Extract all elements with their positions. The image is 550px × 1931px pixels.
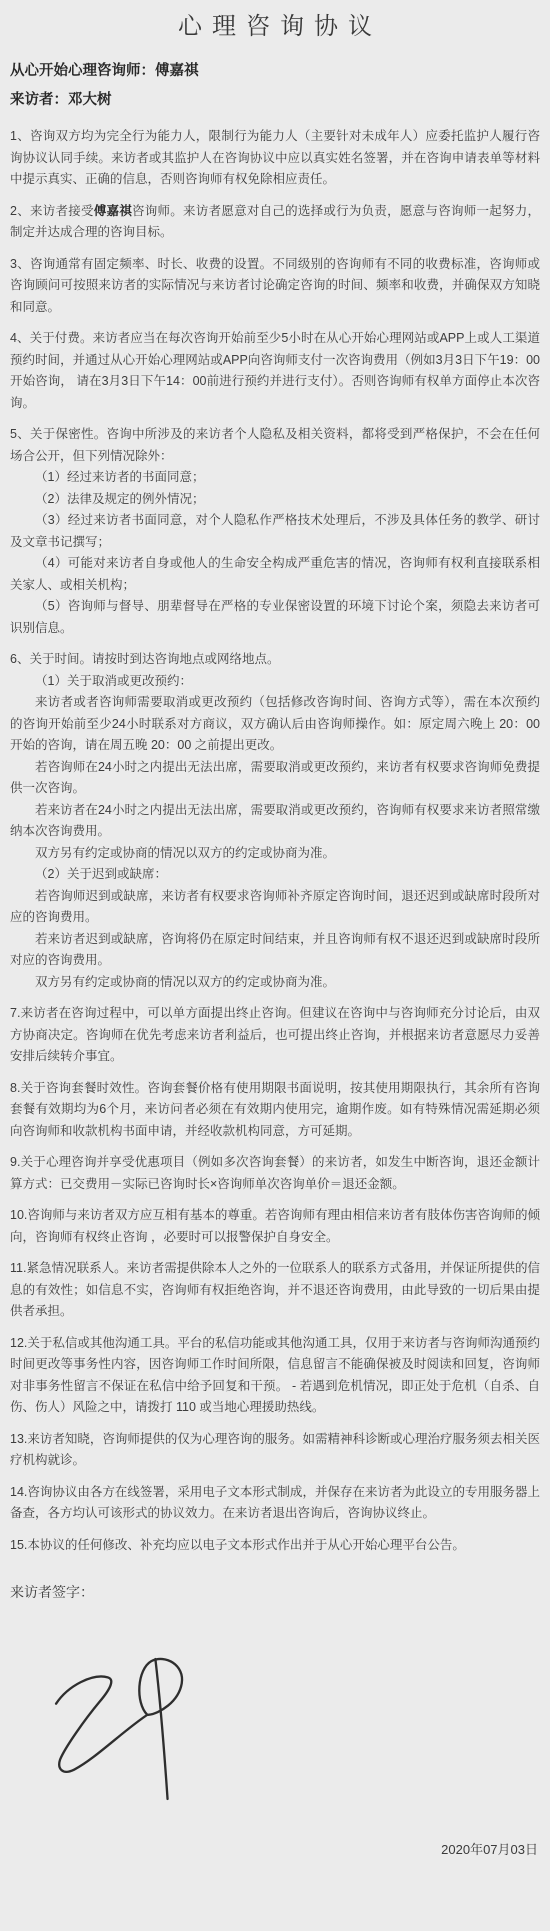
clause-text: 15.本协议的任何修改、补充均应以电子文本形式作出并于从心开始心理平台公告。	[10, 1535, 540, 1557]
clause-subline: （4）可能对来访者自身或他人的生命安全构成严重危害的情况，咨询师有权利直接联系相…	[10, 553, 540, 596]
clause-subline: 若咨询师在24小时之内提出无法出席，需要取消或更改预约，来访者有权要求咨询师免费…	[10, 757, 540, 800]
clause-subline: 若来访者在24小时之内提出无法出席，需要取消或更改预约，咨询师有权要求来访者照常…	[10, 800, 540, 843]
clause-subline: 若来访者迟到或缺席，咨询将仍在原定时间结束，并且咨询师有权不退还迟到或缺席时段所…	[10, 929, 540, 972]
clause-14: 14.咨询协议由各方在线签署，采用电子文本形式制成，并保存在来访者为此设立的专用…	[10, 1482, 540, 1525]
clause-4: 4、关于付费。来访者应当在每次咨询开始前至少5小时在从心开始心理网站或APP上或…	[10, 328, 540, 414]
clause-13: 13.来访者知晓，咨询师提供的仅为心理咨询的服务。如需精神科诊断或心理治疗服务须…	[10, 1429, 540, 1472]
clause-9: 9.关于心理咨询并享受优惠项目（例如多次咨询套餐）的来访者，如发生中断咨询，退还…	[10, 1152, 540, 1195]
clause-7: 7.来访者在咨询过程中，可以单方面提出终止咨询。但建议在咨询中与咨询师充分讨论后…	[10, 1003, 540, 1068]
clause-11: 11.紧急情况联系人。来访者需提供除本人之外的一位联系人的联系方式备用，并保证所…	[10, 1258, 540, 1323]
clause-text: 10.咨询师与来访者双方应互相有基本的尊重。若咨询师有理由相信来访者有肢体伤害咨…	[10, 1205, 540, 1248]
page-title: 心理咨询协议	[10, 6, 540, 41]
clause-text: 13.来访者知晓，咨询师提供的仅为心理咨询的服务。如需精神科诊断或心理治疗服务须…	[10, 1429, 540, 1472]
clause-subline: （2）关于迟到或缺席：	[10, 864, 540, 886]
clause-text: 4、关于付费。来访者应当在每次咨询开始前至少5小时在从心开始心理网站或APP上或…	[10, 328, 540, 414]
clause-10: 10.咨询师与来访者双方应互相有基本的尊重。若咨询师有理由相信来访者有肢体伤害咨…	[10, 1205, 540, 1248]
clause-text: 12.关于私信或其他沟通工具。平台的私信功能或其他沟通工具，仅用于来访者与咨询师…	[10, 1333, 540, 1419]
clause-text: 7.来访者在咨询过程中，可以单方面提出终止咨询。但建议在咨询中与咨询师充分讨论后…	[10, 1003, 540, 1068]
clause-text: 6、关于时间。请按时到达咨询地点或网络地点。	[10, 649, 540, 671]
clause-subline: 若咨询师迟到或缺席，来访者有权要求咨询师补齐原定咨询时间，退还迟到或缺席时段所对…	[10, 886, 540, 929]
clause-3: 3、咨询通常有固定频率、时长、收费的设置。不同级别的咨询师有不同的收费标准，咨询…	[10, 254, 540, 319]
clause-subline: （3）经过来访者书面同意，对个人隐私作严格技术处理后，不涉及具体任务的教学、研讨…	[10, 510, 540, 553]
clause-text: 11.紧急情况联系人。来访者需提供除本人之外的一位联系人的联系方式备用，并保证所…	[10, 1258, 540, 1323]
clause-text: 9.关于心理咨询并享受优惠项目（例如多次咨询套餐）的来访者，如发生中断咨询，退还…	[10, 1152, 540, 1195]
clause-6: 6、关于时间。请按时到达咨询地点或网络地点。（1）关于取消或更改预约：来访者或者…	[10, 649, 540, 993]
clause-text: 8.关于咨询套餐时效性。咨询套餐价格有使用期限书面说明，按其使用期限执行，其余所…	[10, 1078, 540, 1143]
clause-subline: 双方另有约定或协商的情况以双方的约定或协商为准。	[10, 843, 540, 865]
clause-5: 5、关于保密性。咨询中所涉及的来访者个人隐私及相关资料，都将受到严格保护，不会在…	[10, 424, 540, 639]
clause-text: 14.咨询协议由各方在线签署，采用电子文本形式制成，并保存在来访者为此设立的专用…	[10, 1482, 540, 1525]
clause-subline: （5）咨询师与督导、朋辈督导在严格的专业保密设置的环境下讨论个案，须隐去来访者可…	[10, 596, 540, 639]
clause-text: 2、来访者接受傅嘉祺咨询师。来访者愿意对自己的选择或行为负责，愿意与咨询师一起努…	[10, 201, 540, 244]
agreement-document: 心理咨询协议 从心开始心理咨询师：傅嘉祺 来访者：邓大树 1、咨询双方均为完全行…	[0, 0, 550, 1931]
signature-label: 来访者签字：	[10, 1583, 540, 1601]
clause-12: 12.关于私信或其他沟通工具。平台的私信功能或其他沟通工具，仅用于来访者与咨询师…	[10, 1333, 540, 1419]
clause-text: 5、关于保密性。咨询中所涉及的来访者个人隐私及相关资料，都将受到严格保护，不会在…	[10, 424, 540, 467]
signature-image	[50, 1653, 202, 1805]
clause-subline: （2）法律及规定的例外情况；	[10, 489, 540, 511]
signature-area	[10, 1615, 540, 1837]
clause-1: 1、咨询双方均为完全行为能力人，限制行为能力人（主要针对未成年人）应委托监护人履…	[10, 126, 540, 191]
clause-subline: 来访者或者咨询师需要取消或更改预约（包括修改咨询时间、咨询方式等），需在本次预约…	[10, 692, 540, 757]
clause-text: 1、咨询双方均为完全行为能力人，限制行为能力人（主要针对未成年人）应委托监护人履…	[10, 126, 540, 191]
clause-subline: （1）关于取消或更改预约：	[10, 671, 540, 693]
clause-subline: 双方另有约定或协商的情况以双方的约定或协商为准。	[10, 972, 540, 994]
clause-subline: （1）经过来访者的书面同意；	[10, 467, 540, 489]
clause-8: 8.关于咨询套餐时效性。咨询套餐价格有使用期限书面说明，按其使用期限执行，其余所…	[10, 1078, 540, 1143]
clause-15: 15.本协议的任何修改、补充均应以电子文本形式作出并于从心开始心理平台公告。	[10, 1535, 540, 1557]
client-name-line: 来访者：邓大树	[10, 91, 540, 109]
signature-date: 2020年07月03日	[10, 1839, 540, 1858]
bottom-spacer	[10, 1871, 540, 1931]
clauses-list: 1、咨询双方均为完全行为能力人，限制行为能力人（主要针对未成年人）应委托监护人履…	[10, 126, 540, 1556]
counselor-name-line: 从心开始心理咨询师：傅嘉祺	[10, 62, 540, 80]
clause-2: 2、来访者接受傅嘉祺咨询师。来访者愿意对自己的选择或行为负责，愿意与咨询师一起努…	[10, 201, 540, 244]
clause-text: 3、咨询通常有固定频率、时长、收费的设置。不同级别的咨询师有不同的收费标准，咨询…	[10, 254, 540, 319]
